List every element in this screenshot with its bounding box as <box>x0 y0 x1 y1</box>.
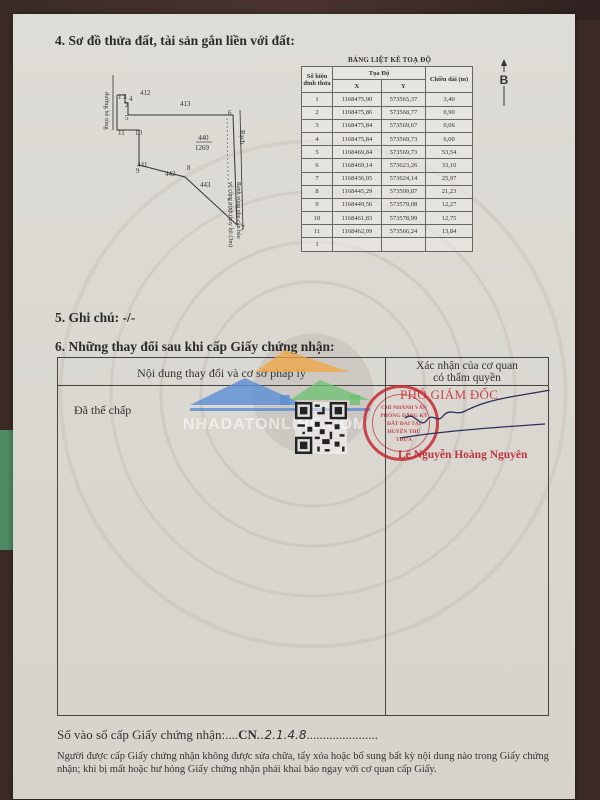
cell-len: 12,75 <box>426 212 473 225</box>
cell-id: 11 <box>302 225 333 238</box>
cell-len <box>426 238 473 251</box>
table-row: 91168449,56573579,0812,27 <box>302 198 473 211</box>
cell-x: 1168469,14 <box>333 159 382 172</box>
register-number-line: Số vào sổ cấp Giấy chứng nhận:....CN..2.… <box>57 727 378 743</box>
table-row: 51168469,84573569,7353,54 <box>302 146 473 159</box>
cell-y: 573624,14 <box>381 172 425 185</box>
svg-text:8: 8 <box>187 164 191 172</box>
signature-mark <box>395 390 555 450</box>
cell-id: 3 <box>302 119 333 132</box>
svg-text:Ranh vùng phụ cận bảo: Ranh vùng phụ cận bảo <box>235 182 241 239</box>
cell-x: 1168475,90 <box>333 93 382 106</box>
cell-x <box>333 238 382 251</box>
svg-text:2: 2 <box>125 101 129 109</box>
cell-x: 1168449,56 <box>333 198 382 211</box>
cell-id: 1 <box>302 93 333 106</box>
register-number: ..2.1.4.8 <box>257 728 307 742</box>
svg-text:412: 412 <box>140 89 151 97</box>
svg-text:1269: 1269 <box>195 144 210 152</box>
cell-y: 573569,73 <box>381 146 425 159</box>
register-prefix: CN <box>238 727 257 742</box>
north-arrow-icon: B <box>494 58 514 108</box>
svg-text:11: 11 <box>118 129 125 137</box>
cell-len: 25,97 <box>426 172 473 185</box>
cell-id: 7 <box>302 172 333 185</box>
table-row: 71168436,05573624,1425,97 <box>302 172 473 185</box>
legal-note: Người được cấp Giấy chứng nhận không đượ… <box>57 750 557 776</box>
cell-len: 13,84 <box>426 225 473 238</box>
cell-len: 0,06 <box>426 119 473 132</box>
register-label: Số vào sổ cấp Giấy chứng nhận:.... <box>57 727 238 742</box>
section-6-title: 6. Những thay đổi sau khi cấp Giấy chứng… <box>55 339 335 355</box>
svg-text:Rạch: Rạch <box>238 130 246 145</box>
svg-text:413: 413 <box>180 100 191 108</box>
cell-x: 1168475,86 <box>333 106 382 119</box>
table-row: 111168462,09573566,2413,84 <box>302 225 473 238</box>
cell-y: 573569,67 <box>381 119 425 132</box>
cell-x: 1168475,84 <box>333 119 382 132</box>
cell-id: 5 <box>302 146 333 159</box>
signer-name: Lê Nguyễn Hoàng Nguyên <box>398 449 527 461</box>
cell-id: 4 <box>302 132 333 145</box>
cell-x: 1168469,84 <box>333 146 382 159</box>
cell-len: 12,27 <box>426 198 473 211</box>
cell-y: 573599,87 <box>381 185 425 198</box>
section-5-title: 5. Ghi chú: -/- <box>55 310 135 326</box>
svg-text:vệ công trình thủy lợi (3m): vệ công trình thủy lợi (3m) <box>227 182 234 247</box>
cell-y: 573566,24 <box>381 225 425 238</box>
coordinate-table: Số hiệu đỉnh thửa Tọa Độ Chiều dài (m) X… <box>301 66 473 252</box>
qr-code-icon <box>295 402 347 454</box>
svg-text:443: 443 <box>200 181 211 189</box>
cell-y: 573565,37 <box>381 93 425 106</box>
svg-text:441: 441 <box>137 161 148 169</box>
cell-id: 2 <box>302 106 333 119</box>
header-length: Chiều dài (m) <box>426 67 473 93</box>
cell-y <box>381 238 425 251</box>
header-coord: Tọa Độ <box>333 67 426 80</box>
changes-content-header: Nội dung thay đổi và cơ sở pháp lý <box>58 366 385 381</box>
cell-len: 33,10 <box>426 159 473 172</box>
table-row: 1 <box>302 238 473 251</box>
cell-y: 573623,26 <box>381 159 425 172</box>
svg-text:440: 440 <box>198 134 209 142</box>
svg-text:5: 5 <box>125 114 129 122</box>
cell-x: 1168461,83 <box>333 212 382 225</box>
cell-y: 573569,73 <box>381 132 425 145</box>
table-row: 81168445,29573599,8721,23 <box>302 185 473 198</box>
land-plot-sketch: 1 3 4 2 5 6 7 8 9 10 11 412 413 440 1269… <box>95 70 295 280</box>
cell-id: 9 <box>302 198 333 211</box>
svg-text:10: 10 <box>135 129 143 137</box>
svg-text:đường bê tông: đường bê tông <box>103 92 110 130</box>
cell-id: 8 <box>302 185 333 198</box>
cell-len: 3,40 <box>426 93 473 106</box>
cell-y: 573568,77 <box>381 106 425 119</box>
cell-x: 1168462,09 <box>333 225 382 238</box>
svg-text:4: 4 <box>129 95 133 103</box>
table-row: 11168475,90573565,373,40 <box>302 93 473 106</box>
table-row: 31168475,84573569,670,06 <box>302 119 473 132</box>
change-entry: Đã thế chấp <box>74 403 131 418</box>
header-vertex: Số hiệu đỉnh thửa <box>302 67 333 93</box>
svg-text:3: 3 <box>123 93 127 101</box>
cell-y: 573579,08 <box>381 198 425 211</box>
coordinate-table-title: BẢNG LIỆT KÊ TOẠ ĐỘ <box>348 56 431 64</box>
cell-len: 6,00 <box>426 132 473 145</box>
cell-len: 53,54 <box>426 146 473 159</box>
table-row: 41168475,84573569,736,00 <box>302 132 473 145</box>
cell-x: 1168436,05 <box>333 172 382 185</box>
svg-text:442: 442 <box>165 170 176 178</box>
section-4-title: 4. Sơ đồ thửa đất, tài sản gắn liền với … <box>55 33 295 49</box>
header-y: Y <box>381 80 425 93</box>
svg-text:6: 6 <box>228 109 232 117</box>
coordinate-table-body: 11168475,90573565,373,4021168475,8657356… <box>302 93 473 251</box>
header-x: X <box>333 80 382 93</box>
header-divider <box>58 385 548 386</box>
table-row: 61168469,14573623,2633,10 <box>302 159 473 172</box>
table-row: 101168461,83573578,9912,75 <box>302 212 473 225</box>
cell-id: 10 <box>302 212 333 225</box>
cell-x: 1168475,84 <box>333 132 382 145</box>
svg-text:B: B <box>500 73 509 87</box>
cell-id: 1 <box>302 238 333 251</box>
cell-id: 6 <box>302 159 333 172</box>
cell-x: 1168445,29 <box>333 185 382 198</box>
table-row: 21168475,86573568,770,90 <box>302 106 473 119</box>
vertex-label: 1 <box>118 93 122 101</box>
cell-y: 573578,99 <box>381 212 425 225</box>
cell-len: 0,90 <box>426 106 473 119</box>
cell-len: 21,23 <box>426 185 473 198</box>
changes-authority-header: Xác nhận của cơ quan có thẩm quyền <box>386 360 548 384</box>
